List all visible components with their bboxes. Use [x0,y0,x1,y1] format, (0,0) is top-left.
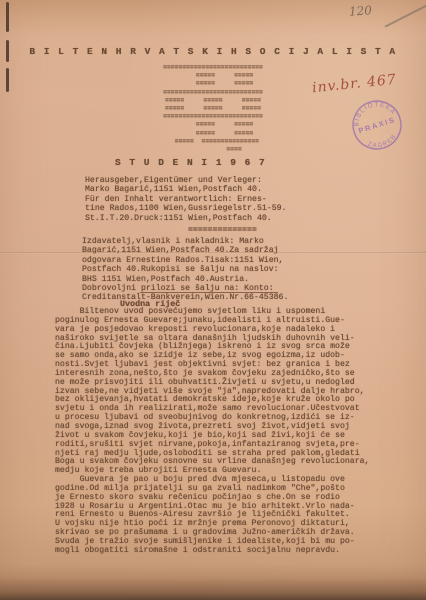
pencil-corner-mark [384,2,426,27]
pencil-page-number: 120 [349,3,373,19]
section-divider: ============== [188,226,257,235]
scanned-page: 120 inv.br. 467 BIBLIOTEKA PRAXIS ZAGREB… [0,0,426,600]
paper-crease [0,252,426,254]
intro-body: Biltenov uvod posvećujemo svjetlom liku … [55,308,369,556]
binding-mark [6,2,9,32]
paper-edge-shadow [0,578,426,600]
issue-date: S T U D E N I 1 9 6 7 [115,157,266,168]
underline-mark [140,292,278,293]
typewriter-ornament: ========================== ===== ===== =… [0,64,426,154]
impressum-german: Herausgeber,Eigentümer und Verleger: Mar… [85,176,286,223]
masthead-title: B I L T E N H R V A T S K I H S O C I J … [0,46,426,57]
